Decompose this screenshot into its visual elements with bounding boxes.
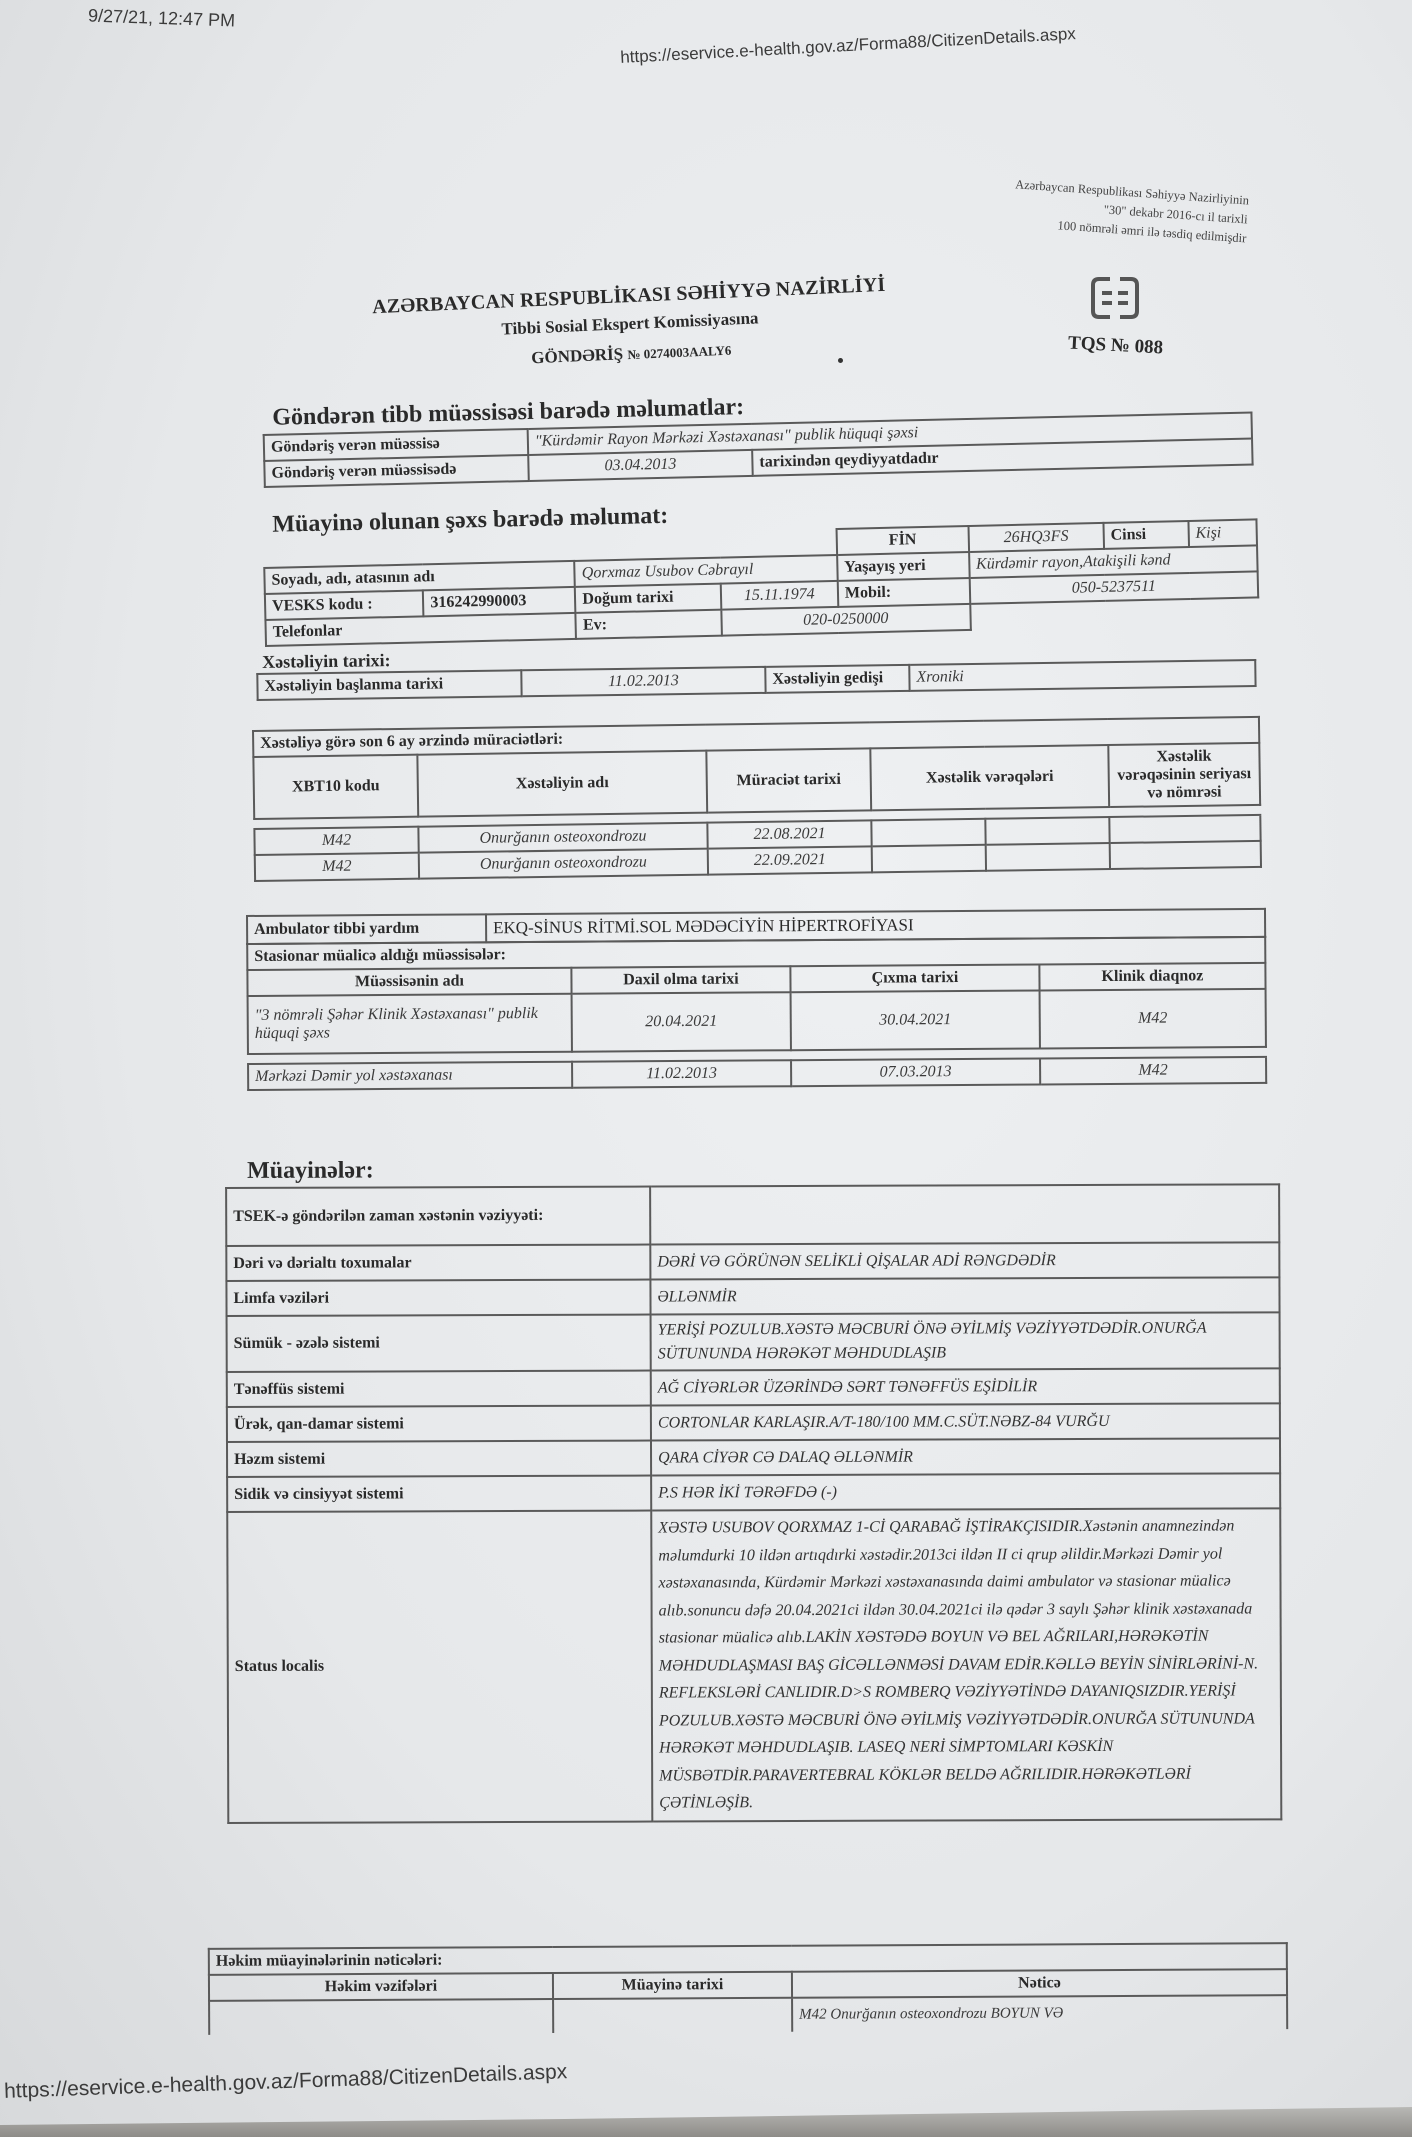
inpatient-admitted: 20.04.2021 <box>572 992 791 1052</box>
person-section: Müayinə olunan şəxs barədə məlumat: FİN … <box>262 489 1260 647</box>
inpatient-discharged: 07.03.2013 <box>791 1058 1040 1086</box>
table-row: Ürək, qan-damar sistemi CORTONLAR KARLAŞ… <box>227 1403 1280 1442</box>
exam-value: P.S HƏR İKİ TƏRƏFDƏ (-) <box>651 1473 1280 1510</box>
doctor-col-position: Həkim vəzifələri <box>209 1973 553 2001</box>
birth-label: Doğum tarixi <box>575 584 721 613</box>
inpatient-name: Mərkəzi Dəmir yol xəstəxanası <box>248 1062 572 1090</box>
ink-dot <box>838 358 843 363</box>
home-label: Ev: <box>576 610 722 639</box>
course-value: Xroniki <box>909 660 1255 691</box>
exam-value: ƏLLƏNMİR <box>650 1277 1279 1314</box>
visit-date: 22.08.2021 <box>707 820 871 848</box>
table-row: Sidik və cinsiyyət sistemi P.S HƏR İKİ T… <box>227 1473 1280 1512</box>
doctor-result: M42 Onurğanın osteoxondrozu BOYUN VƏ <box>792 1995 1287 2032</box>
exam-value: AĞ CİYƏRLƏR ÜZƏRİNDƏ SƏRT TƏNƏFFÜS EŞİDİ… <box>651 1368 1280 1405</box>
exam-label: TSEK-ə göndərilən zaman xəstənin vəziyyə… <box>226 1187 650 1246</box>
table-row: Dəri və dərialtı toxumalar DƏRİ VƏ GÖRÜN… <box>226 1242 1279 1281</box>
visit-series <box>1109 815 1260 843</box>
exam-label: Sidik və cinsiyyət sistemi <box>227 1476 651 1512</box>
visits-table: Xəstəliyə görə son 6 ay ərzində müraciət… <box>252 716 1262 882</box>
inpatient-col-discharged: Çıxma tarixi <box>790 964 1039 992</box>
visits-col-name: Xəstəliyin adı <box>417 751 707 817</box>
exam-label: Dəri və dərialtı toxumalar <box>226 1245 650 1281</box>
inpatient-col-diagnosis: Klinik diaqnoz <box>1039 963 1265 991</box>
doctor-date <box>553 1998 792 2033</box>
residence-label: Yaşayış yeri <box>837 552 969 581</box>
table-row: Həzm sistemi QARA CİYƏR CƏ DALAQ ƏLLƏNMİ… <box>227 1438 1280 1477</box>
visit-sheet-b <box>986 843 1110 871</box>
table-row: Limfa vəziləri ƏLLƏNMİR <box>226 1277 1279 1316</box>
birth-value: 15.11.1974 <box>720 581 838 610</box>
exam-value <box>650 1184 1279 1244</box>
exam-label: Həzm sistemi <box>227 1441 651 1477</box>
visit-sheet-b <box>985 817 1109 845</box>
exam-label: Ürək, qan-damar sistemi <box>227 1406 651 1442</box>
visit-series <box>1110 841 1261 869</box>
vesks-value: 316242990003 <box>423 587 576 616</box>
inpatient-diagnosis: M42 <box>1040 1057 1266 1085</box>
inpatient-col-admitted: Daxil olma tarixi <box>571 966 790 994</box>
visits-col-code: XBT10 kodu <box>253 755 418 819</box>
doctor-results-section: Həkim müayinələrinin nəticələri: Həkim v… <box>208 1942 1288 2035</box>
visit-sheet-a <box>871 819 985 847</box>
table-row: Sümük - əzələ sistemi YERİŞİ POZULUB.XƏS… <box>227 1312 1280 1372</box>
exam-label: Limfa vəziləri <box>226 1280 650 1316</box>
visit-date: 22.09.2021 <box>708 846 872 874</box>
visits-col-series: Xəstəlik vərəqəsinin seriyası və nömrəsi <box>1108 743 1260 807</box>
registered-label: Göndəriş verən müəssisədə <box>264 455 529 487</box>
exam-label: Sümük - əzələ sistemi <box>227 1315 651 1372</box>
person-table: FİN 26HQ3FS Cinsi Kişi Soyadı, adı, atas… <box>263 518 1260 647</box>
onset-label: Xəstəliyin başlanma tarixi <box>257 670 521 700</box>
mobile-label: Mobil: <box>838 578 970 607</box>
exam-value: CORTONLAR KARLAŞIR.A/T-180/100 MM.C.SÜT.… <box>651 1403 1280 1440</box>
inpatient-admitted: 11.02.2013 <box>572 1060 791 1088</box>
onset-value: 11.02.2013 <box>521 667 765 696</box>
doctor-position <box>209 1999 553 2035</box>
examinations-title: Müayinələr: <box>247 1154 1280 1185</box>
visit-code: M42 <box>254 827 418 855</box>
inpatient-table: Stasionar müalicə aldığı müəssisələr: Mü… <box>246 936 1267 1091</box>
doctor-col-date: Müayinə tarixi <box>553 1972 792 1999</box>
exam-label: Tənəffüs sistemi <box>227 1371 651 1407</box>
referral-label: GÖNDƏRİŞ <box>531 344 624 367</box>
doctor-col-result: Nəticə <box>792 1969 1287 1998</box>
table-row: M42 Onurğanın osteoxondrozu BOYUN VƏ <box>209 1995 1287 2035</box>
ambulatory-label: Ambulator tibbi yardım <box>247 914 486 944</box>
home-value: 020-0250000 <box>721 604 971 636</box>
inpatient-discharged: 30.04.2021 <box>791 990 1040 1050</box>
visit-name: Onurğanın osteoxondrozu <box>419 849 708 879</box>
table-row: Status localis XƏSTƏ USUBOV QORXMAZ 1-Cİ… <box>227 1508 1281 1822</box>
exam-value: DƏRİ VƏ GÖRÜNƏN SELİKLİ QİŞALAR ADİ RƏNG… <box>650 1242 1279 1279</box>
table-row: TSEK-ə göndərilən zaman xəstənin vəziyyə… <box>226 1184 1279 1246</box>
inpatient-col-name: Müəssisənin adı <box>247 968 571 996</box>
referral-no: № 0274003AALY6 <box>627 343 732 363</box>
examinations-table: TSEK-ə göndərilən zaman xəstənin vəziyyə… <box>225 1183 1282 1823</box>
inpatient-section: Ambulator tibbi yardım EKQ-SİNUS RİTMİ.S… <box>246 908 1267 1091</box>
visit-code: M42 <box>255 853 419 881</box>
table-row: Tənəffüs sistemi AĞ CİYƏRLƏR ÜZƏRİNDƏ SƏ… <box>227 1368 1280 1407</box>
visits-section: Xəstəliyə görə son 6 ay ərzində müraciət… <box>252 716 1262 882</box>
examinations-section: Müayinələr: TSEK-ə göndərilən zaman xəst… <box>225 1154 1282 1823</box>
visit-name: Onurğanın osteoxondrozu <box>418 823 707 853</box>
inpatient-name: "3 nömrəli Şəhər Klinik Xəstəxanası" pub… <box>248 994 572 1054</box>
visits-col-date: Müraciət tarixi <box>706 748 871 812</box>
visits-col-sheets: Xəstəlik vərəqələri <box>870 745 1109 810</box>
vesks-label: VESKS kodu : <box>265 590 424 620</box>
e-health-logo-icon <box>1090 276 1140 320</box>
fin-value: 26HQ3FS <box>968 523 1104 552</box>
visit-sheet-a <box>872 845 986 873</box>
course-label: Xəstəliyin gedişi <box>765 665 909 693</box>
exam-value: QARA CİYƏR CƏ DALAQ ƏLLƏNMİR <box>651 1438 1280 1475</box>
doctor-results-table: Həkim müayinələrinin nəticələri: Həkim v… <box>208 1942 1288 2035</box>
table-row: "3 nömrəli Şəhər Klinik Xəstəxanası" pub… <box>248 989 1266 1054</box>
fin-label: FİN <box>836 526 968 555</box>
status-localis-label: Status localis <box>227 1511 652 1823</box>
exam-value: YERİŞİ POZULUB.XƏSTƏ MƏCBURİ ÖNƏ ƏYİLMİŞ… <box>651 1312 1280 1370</box>
registered-date: 03.04.2013 <box>528 450 753 481</box>
inpatient-diagnosis: M42 <box>1040 989 1266 1049</box>
gender-value: Kişi <box>1188 519 1257 547</box>
status-localis-value: XƏSTƏ USUBOV QORXMAZ 1-Cİ QARABAĞ İŞTİRA… <box>651 1508 1281 1821</box>
gender-label: Cinsi <box>1103 521 1188 549</box>
